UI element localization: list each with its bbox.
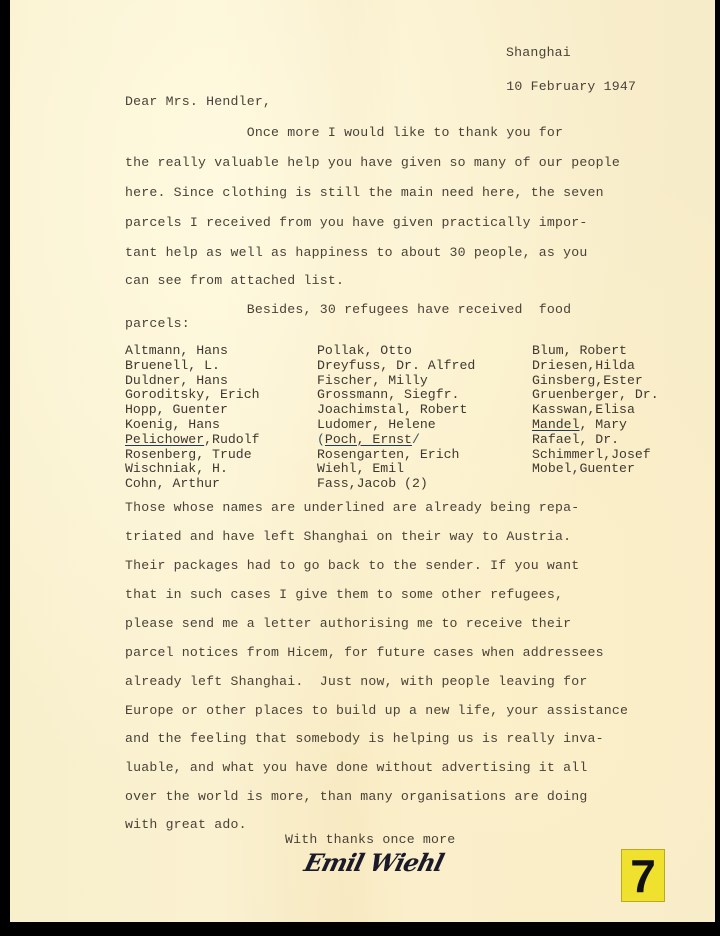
name-entry: Rosenberg, Trude (125, 448, 260, 463)
name-entry: Duldner, Hans (125, 374, 260, 389)
closing-line: With thanks once more (285, 832, 455, 847)
name-entry: Bruenell, L. (125, 359, 260, 374)
paragraph1-line: tant help as well as happiness to about … (125, 245, 588, 260)
paragraph1-line: can see from attached list. (125, 273, 344, 288)
name-entry: Dreyfuss, Dr. Alfred (317, 359, 475, 374)
paragraph3-line: over the world is more, than many organi… (125, 789, 588, 804)
letter-date: 10 February 1947 (506, 79, 636, 94)
name-entry: Altmann, Hans (125, 344, 260, 359)
paragraph3-line: with great ado. (125, 817, 247, 832)
underlined-name: Pelichower (125, 432, 204, 447)
name-entry: Driesen,Hilda (532, 359, 659, 374)
letter-place: Shanghai (490, 44, 636, 61)
name-entry: Ginsberg,Ester (532, 374, 659, 389)
name-entry: Rafael, Dr. (532, 433, 659, 448)
paragraph3-line: that in such cases I give them to some o… (125, 587, 563, 602)
paragraph3-line: luable, and what you have done without a… (125, 760, 588, 775)
name-entry: Fischer, Milly (317, 374, 475, 389)
paragraph1-line: Once more I would like to thank you for (125, 125, 563, 140)
paragraph3-line: please send me a letter authorising me t… (125, 616, 571, 631)
name-entry-underlined: Mandel, Mary (532, 418, 659, 433)
name-rest: / (412, 432, 420, 447)
names-column-1: Altmann, Hans Bruenell, L. Duldner, Hans… (125, 344, 260, 492)
name-entry: Blum, Robert (532, 344, 659, 359)
name-entry: Mobel,Guenter (532, 462, 659, 477)
page-number-badge: 7 (621, 849, 665, 902)
names-column-2: Pollak, Otto Dreyfuss, Dr. Alfred Fische… (317, 344, 475, 492)
paragraph3-line: parcel notices from Hicem, for future ca… (125, 645, 604, 660)
name-entry: Kasswan,Elisa (532, 403, 659, 418)
paragraph1-line: here. Since clothing is still the main n… (125, 185, 604, 200)
name-entry: Wischniak, H. (125, 462, 260, 477)
letter-dateline: Shanghai 10 February 1947 (490, 10, 636, 95)
name-entry: Hopp, Guenter (125, 403, 260, 418)
name-entry: Gruenberger, Dr. (532, 388, 659, 403)
name-entry: Goroditsky, Erich (125, 388, 260, 403)
name-entry: Ludomer, Helene (317, 418, 475, 433)
handwritten-signature: Emil Wiehl (301, 848, 446, 877)
paragraph3-line: Europe or other places to build up a new… (125, 703, 628, 718)
paragraph2-line: parcels: (125, 316, 190, 331)
paragraph3-line: Their packages had to go back to the sen… (125, 558, 579, 573)
paragraph1-line: parcels I received from you have given p… (125, 215, 588, 230)
name-entry: Schimmerl,Josef (532, 448, 659, 463)
name-entry: Pollak, Otto (317, 344, 475, 359)
paragraph3-line: already left Shanghai. Just now, with pe… (125, 674, 588, 689)
name-entry-underlined: Pelichower,Rudolf (125, 433, 260, 448)
name-entry: Cohn, Arthur (125, 477, 260, 492)
name-rest: , Mary (579, 417, 626, 432)
underlined-name: Mandel (532, 417, 579, 432)
salutation: Dear Mrs. Hendler, (125, 94, 271, 109)
name-entry: Wiehl, Emil (317, 462, 475, 477)
name-rest: ,Rudolf (204, 432, 259, 447)
paragraph3-line: and the feeling that somebody is helping… (125, 731, 604, 746)
name-entry: Grossmann, Siegfr. (317, 388, 475, 403)
paragraph3-line: Those whose names are underlined are alr… (125, 500, 579, 515)
names-column-3: Blum, Robert Driesen,Hilda Ginsberg,Este… (532, 344, 659, 477)
name-entry-underlined: (Poch, Ernst/ (317, 433, 475, 448)
paragraph1-line: the really valuable help you have given … (125, 155, 620, 170)
name-entry: Joachimstal, Robert (317, 403, 475, 418)
pen-paren-mark: ( (317, 432, 325, 447)
paragraph2-line: Besides, 30 refugees have received food (125, 302, 571, 317)
underlined-name: Poch, Ernst (325, 432, 412, 447)
paragraph3-line: triated and have left Shanghai on their … (125, 529, 571, 544)
name-entry: Rosengarten, Erich (317, 448, 475, 463)
name-entry: Fass,Jacob (2) (317, 477, 475, 492)
name-entry: Koenig, Hans (125, 418, 260, 433)
